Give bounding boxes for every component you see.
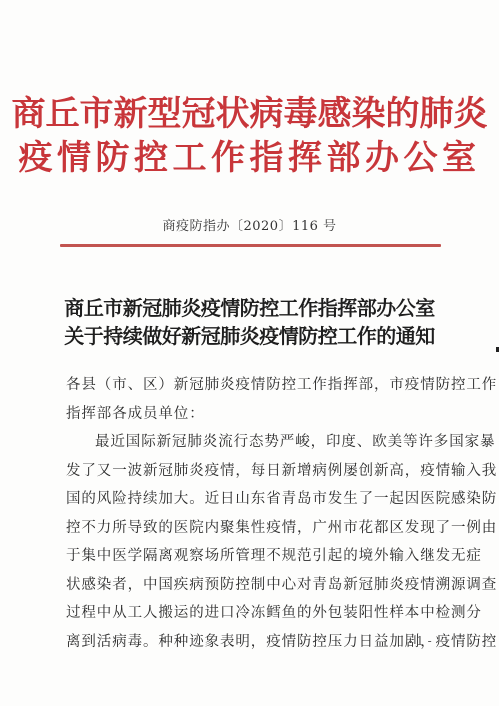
paragraph-line: 发了又一波新冠肺炎疫情，每日新增病例屡创新高，疫情输入我 [66, 457, 436, 486]
paragraph-line: 离到活病毒。种种迹象表明，疫情防控压力日益加剧，疫情防控 [66, 628, 436, 657]
paragraph-line: 国的风险持续加大。近日山东省青岛市发生了一起因医院感染防 [66, 485, 436, 514]
paragraph-line: 于集中医学隔离观察场所管理不规范引起的境外输入继发无症 [66, 542, 436, 571]
issuer-header-line-1: 商丘市新型冠状病毒感染的肺炎 [0, 94, 499, 134]
page-number: - 1 - [400, 634, 440, 648]
salutation-line: 指挥部各成员单位： [66, 400, 436, 429]
document-number: 商疫防指办〔2020〕116 号 [0, 215, 499, 234]
salutation: 各县（市、区）新冠肺炎疫情防控工作指挥部，市疫情防控工作 指挥部各成员单位： [66, 371, 436, 428]
notice-title-line-1: 商丘市新冠肺炎疫情防控工作指挥部办公室 [0, 292, 499, 321]
issuer-header-line-2: 疫情防控工作指挥部办公室 [0, 138, 499, 178]
red-separator-rule [60, 244, 441, 247]
document-page: 商丘市新型冠状病毒感染的肺炎 疫情防控工作指挥部办公室 商疫防指办〔2020〕1… [0, 0, 499, 706]
salutation-line: 各县（市、区）新冠肺炎疫情防控工作指挥部，市疫情防控工作 [66, 371, 436, 400]
body-paragraph-1: 最近国际新冠肺炎流行态势严峻，印度、欧美等许多国家暴 发了又一波新冠肺炎疫情，每… [66, 428, 436, 656]
paragraph-line: 状感染者，中国疾病预防控制中心对青岛新冠肺炎疫情溯源调查 [66, 571, 436, 600]
paragraph-line: 控不力所导致的医院内聚集性疫情，广州市花都区发现了一例由 [66, 514, 436, 543]
paragraph-line: 最近国际新冠肺炎流行态势严峻，印度、欧美等许多国家暴 [66, 428, 436, 457]
paragraph-line: 过程中从工人搬运的进口冷冻鳕鱼的外包装阳性样本中检测分 [66, 599, 436, 628]
notice-title-line-2: 关于持续做好新冠肺炎疫情防控工作的通知 [0, 320, 499, 349]
